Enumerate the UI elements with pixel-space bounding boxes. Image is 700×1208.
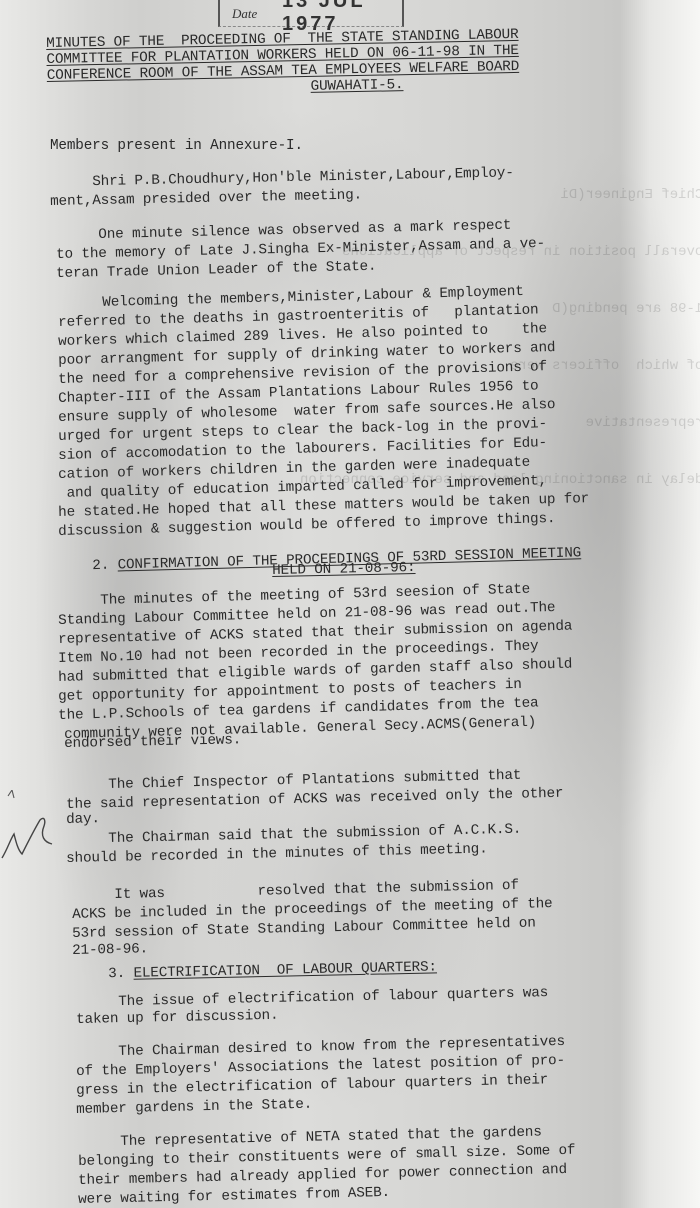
section-title: ELECTRIFICATION OF LABOUR QUARTERS:	[133, 959, 437, 981]
handwritten-margin-mark-icon	[0, 790, 60, 860]
date-stamp-label: Date	[232, 6, 257, 22]
members-present: Members present in Annexure-I.	[50, 138, 303, 154]
paragraph-line: day.	[66, 811, 100, 828]
section-2-subheading: HELD ON 21-08-96:	[272, 560, 416, 579]
section-number: 2.	[92, 557, 118, 574]
section-number: 3.	[108, 966, 134, 983]
document-title: MINUTES OF THE PROCEEDING OF THE STATE S…	[46, 24, 647, 100]
date-stamp: Date 13 JUL 1977	[218, 0, 404, 27]
